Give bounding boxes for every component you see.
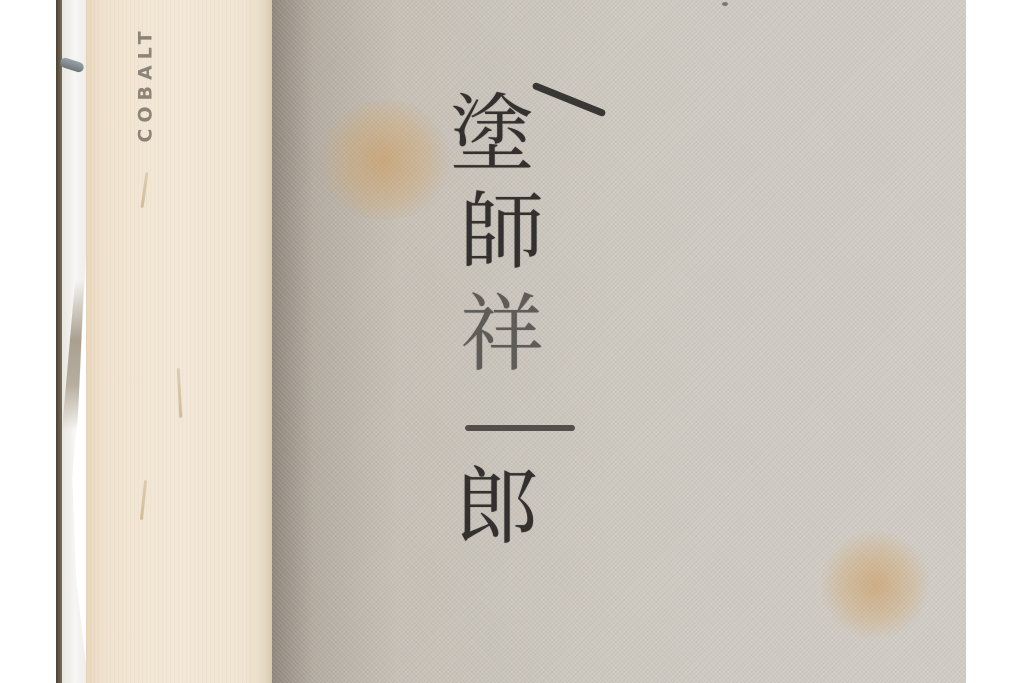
- stretcher-stamp: COBALT: [132, 4, 160, 164]
- stretcher-bevel-edge: [254, 0, 274, 683]
- stamp-text: COBALT: [135, 25, 157, 142]
- canvas-speck: [722, 2, 728, 6]
- signature-char-5: 郎: [455, 465, 539, 549]
- signature-char-3: 祥: [460, 292, 544, 376]
- rust-stain: [315, 100, 455, 220]
- wooden-stretcher-bar: [86, 0, 274, 683]
- signature-char-4: [465, 425, 575, 431]
- signature-char-2: 師: [460, 190, 544, 274]
- rust-stain: [820, 530, 930, 640]
- signature-char-1: 塗: [450, 92, 534, 176]
- signature-flourish-stroke: [532, 82, 607, 118]
- photograph: COBALT 塗 師 祥 郎: [0, 0, 1024, 683]
- artist-signature: 塗 師 祥 郎: [440, 70, 630, 600]
